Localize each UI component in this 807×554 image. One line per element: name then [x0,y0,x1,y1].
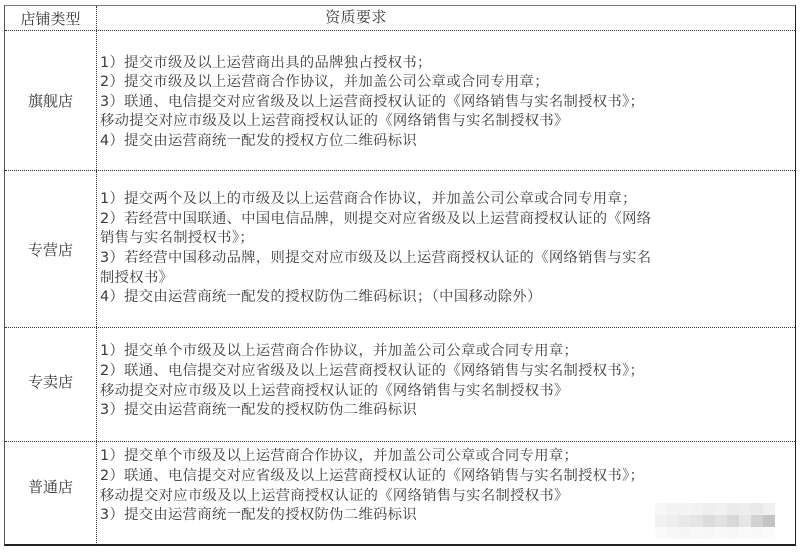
table-row-specialty: 专营店 1）提交两个及以上的市级及以上运营商合作协议，并加盖公司公章或合同专用章… [5,171,795,328]
watermark-pixel [739,503,751,515]
watermark-row [655,527,780,539]
requirement-line: 2）若经营中国联通、中国电信品牌，则提交对应省级及以上运营商授权认证的《网络 [100,210,795,230]
watermark-pixel [691,503,703,515]
watermark-pixel [763,503,775,515]
watermark-pixel [739,515,751,527]
watermark-pixel [679,515,691,527]
store-type-cell: 旗舰店 [5,31,97,170]
watermark-pixel [667,503,679,515]
watermark-pixel [715,527,727,539]
watermark-pixel [763,527,775,539]
store-type-cell: 专营店 [5,171,97,327]
table-row-exclusive: 专卖店 1）提交单个市级及以上运营商合作协议，并加盖公司公章或合同专用章； 2）… [5,328,795,442]
requirements-cell: 1）提交市级及以上运营商出具的品牌独占授权书； 2）提交市级及以上运营商合作协议… [97,31,795,170]
store-type-cell: 专卖店 [5,328,97,441]
requirements-cell: 1）提交单个市级及以上运营商合作协议，并加盖公司公章或合同专用章； 2）联通、电… [97,328,795,441]
table-header-row: 店铺类型 资质要求 [5,6,795,31]
watermark-pixel [667,527,679,539]
watermark-pixel [655,515,667,527]
watermark-row [655,515,780,527]
requirement-line: 制授权书》 [100,269,795,289]
watermark-pixel [667,515,679,527]
blurred-watermark [655,503,780,539]
requirement-line: 3）联通、电信提交对应省级及以上运营商授权认证的《网络销售与实名制授权书》； [100,93,795,113]
watermark-pixel [727,527,739,539]
watermark-pixel [727,503,739,515]
watermark-pixel [739,527,751,539]
requirement-line: 1）提交单个市级及以上运营商合作协议，并加盖公司公章或合同专用章； [100,342,795,362]
store-type-cell: 普通店 [5,442,97,545]
requirement-line: 2）联通、电信提交对应省级及以上运营商授权认证的《网络销售与实名制授权书》； [100,362,795,382]
header-store-type: 店铺类型 [5,6,97,30]
requirement-line: 2）联通、电信提交对应省级及以上运营商授权认证的《网络销售与实名制授权书》； [100,467,795,487]
requirement-line: 3）若经营中国移动品牌，则提交对应市级及以上运营商授权认证的《网络销售与实名 [100,249,795,269]
watermark-pixel [691,515,703,527]
qualification-table: 店铺类型 资质要求 旗舰店 1）提交市级及以上运营商出具的品牌独占授权书； 2）… [4,5,796,546]
requirement-line: 4）提交由运营商统一配发的授权方位二维码标识 [100,132,795,152]
requirement-line: 1）提交市级及以上运营商出具的品牌独占授权书； [100,54,795,74]
table-row-flagship: 旗舰店 1）提交市级及以上运营商出具的品牌独占授权书； 2）提交市级及以上运营商… [5,31,795,171]
watermark-pixel [655,503,667,515]
requirement-line: 1）提交两个及以上的市级及以上运营商合作协议，并加盖公司公章或合同专用章； [100,190,795,210]
requirement-line: 1）提交单个市级及以上运营商合作协议，并加盖公司公章或合同专用章； [100,447,795,467]
watermark-pixel [727,515,739,527]
watermark-pixel [751,515,763,527]
watermark-pixel [703,503,715,515]
watermark-pixel [703,527,715,539]
watermark-pixel [691,527,703,539]
watermark-row [655,503,780,515]
watermark-pixel [679,527,691,539]
header-requirements: 资质要求 [97,6,795,30]
requirement-line: 移动提交对应市级及以上运营商授权认证的《网络销售与实名制授权书》 [100,382,795,402]
watermark-pixel [751,503,763,515]
watermark-pixel [751,527,763,539]
watermark-pixel [763,515,775,527]
watermark-pixel [679,503,691,515]
watermark-pixel [715,503,727,515]
requirement-line: 销售与实名制授权书》； [100,229,795,249]
requirement-line: 2）提交市级及以上运营商合作协议，并加盖公司公章或合同专用章； [100,73,795,93]
watermark-pixel [715,515,727,527]
requirement-line: 4）提交由运营商统一配发的授权防伪二维码标识；（中国移动除外） [100,288,795,308]
watermark-pixel [655,527,667,539]
requirement-line: 3）提交由运营商统一配发的授权防伪二维码标识 [100,401,795,421]
requirements-cell: 1）提交两个及以上的市级及以上运营商合作协议，并加盖公司公章或合同专用章； 2）… [97,171,795,327]
requirement-line: 移动提交对应市级及以上运营商授权认证的《网络销售与实名制授权书》 [100,112,795,132]
watermark-pixel [703,515,715,527]
